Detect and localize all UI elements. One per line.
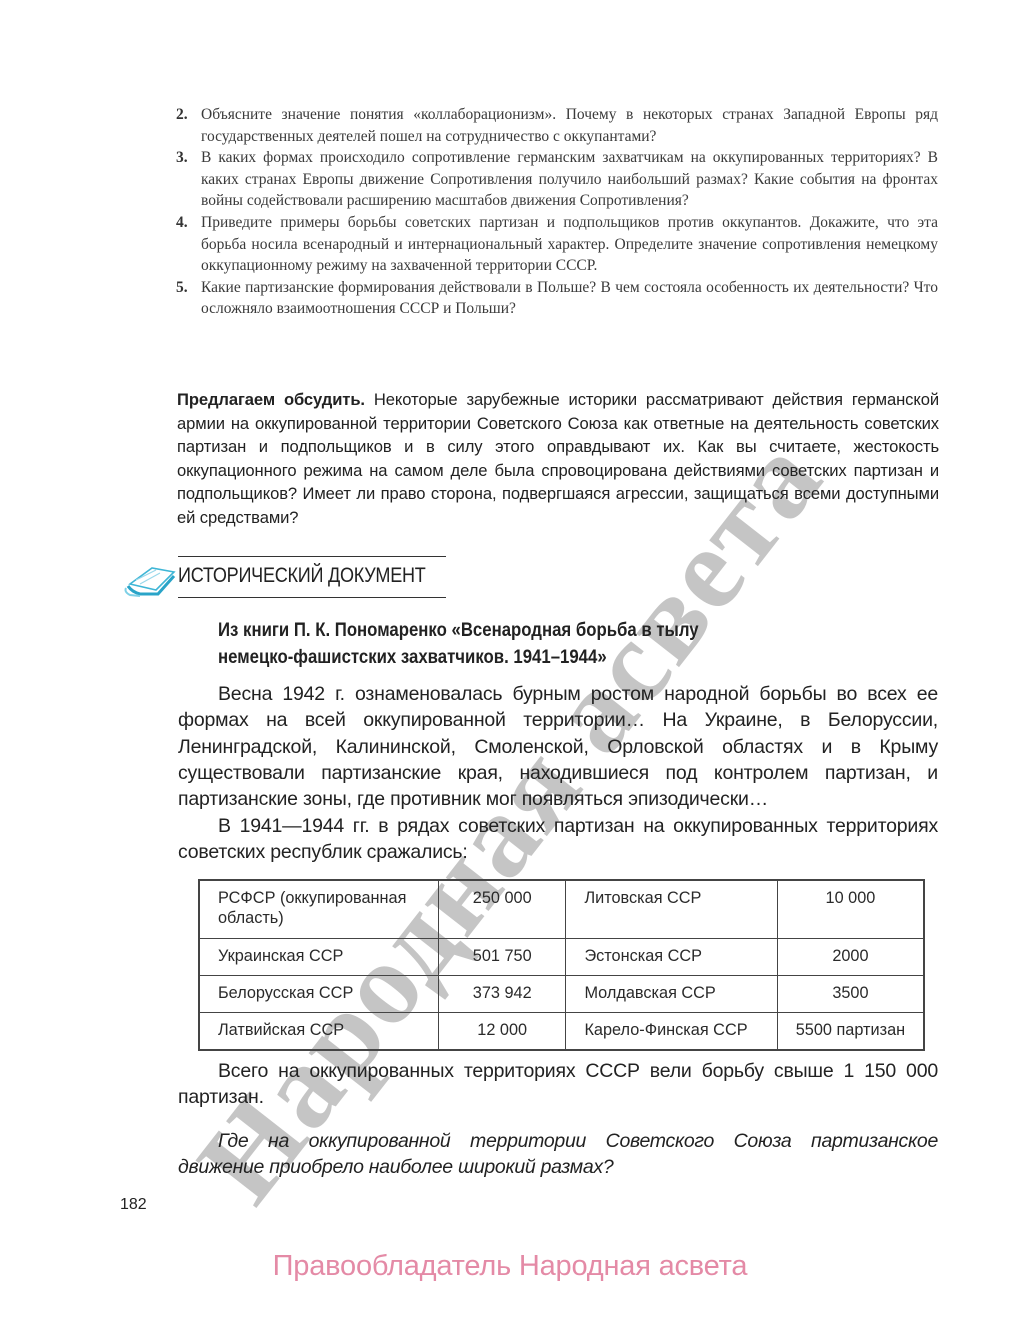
republic-cell: РСФСР (оккупированная область): [199, 880, 438, 939]
question-item: 2. Объясните значение понятия «коллабора…: [176, 104, 938, 147]
question-item: 5. Какие партизанские формирования дейст…: [176, 277, 938, 320]
table-row: РСФСР (оккупированная область)250 000Лит…: [199, 880, 924, 939]
republic-cell: Латвийская ССР: [199, 1013, 438, 1051]
document-heading: Из книги П. К. Пономаренко «Всенародная …: [218, 617, 768, 670]
question-item: 3. В каких формах происходило сопротивле…: [176, 147, 938, 212]
discussion-prompt: Предлагаем обсудить. Некоторые зарубежны…: [177, 388, 939, 529]
republic-cell: Литовская ССР: [566, 880, 777, 939]
section-header: ИСТОРИЧЕСКИЙ ДОКУМЕНТ: [122, 556, 452, 600]
republic-cell: Молдавская ССР: [566, 976, 777, 1013]
question-text: Приведите примеры борьбы советских парти…: [201, 214, 938, 274]
discussion-text: Некоторые зарубежные историки рассматрив…: [177, 390, 939, 527]
partisan-count-cell: 10 000: [777, 880, 924, 939]
partisans-table: РСФСР (оккупированная область)250 000Лит…: [198, 879, 925, 1051]
book-icon: [122, 558, 180, 598]
table-row: Белорусская ССР373 942Молдавская ССР3500: [199, 976, 924, 1013]
rights-holder-footer: Правообладатель Народная асвета: [0, 1250, 1020, 1283]
document-summary: Всего на оккупированных территориях СССР…: [178, 1058, 938, 1111]
review-questions: 2. Объясните значение понятия «коллабора…: [176, 104, 938, 320]
question-text: В каких формах происходило сопротивление…: [201, 149, 938, 209]
document-question: Где на оккупированной территории Советск…: [178, 1128, 938, 1181]
republic-cell: Эстонская ССР: [566, 939, 777, 976]
question-number: 4.: [176, 212, 188, 234]
question-text: Объясните значение понятия «коллаборацио…: [201, 106, 938, 145]
question-number: 2.: [176, 104, 188, 126]
table-row: Латвийская ССР12 000Карело-Финская ССР55…: [199, 1013, 924, 1051]
section-title-frame: ИСТОРИЧЕСКИЙ ДОКУМЕНТ: [178, 556, 446, 598]
partisan-count-cell: 501 750: [438, 939, 565, 976]
document-paragraph: В 1941—1944 гг. в рядах советских партиз…: [178, 813, 938, 866]
section-title: ИСТОРИЧЕСКИЙ ДОКУМЕНТ: [178, 564, 426, 588]
question-item: 4. Приведите примеры борьбы советских па…: [176, 212, 938, 277]
partisan-count-cell: 5500 партизан: [777, 1013, 924, 1051]
question-text: Какие партизанские формирования действов…: [201, 279, 938, 318]
republic-cell: Карело-Финская ССР: [566, 1013, 777, 1051]
partisan-count-cell: 2000: [777, 939, 924, 976]
page-number: 182: [120, 1196, 147, 1214]
textbook-page: Народная асвета 2. Объясните значение по…: [0, 0, 1020, 1329]
table-row: Украинская ССР501 750Эстонская ССР2000: [199, 939, 924, 976]
question-number: 5.: [176, 277, 188, 299]
republic-cell: Белорусская ССР: [199, 976, 438, 1013]
question-number: 3.: [176, 147, 188, 169]
republic-cell: Украинская ССР: [199, 939, 438, 976]
partisan-count-cell: 373 942: [438, 976, 565, 1013]
discussion-lead: Предлагаем обсудить.: [177, 390, 365, 409]
document-paragraph: Весна 1942 г. ознаменовалась бурным рост…: [178, 681, 938, 812]
partisan-count-cell: 250 000: [438, 880, 565, 939]
partisan-count-cell: 3500: [777, 976, 924, 1013]
partisan-count-cell: 12 000: [438, 1013, 565, 1051]
